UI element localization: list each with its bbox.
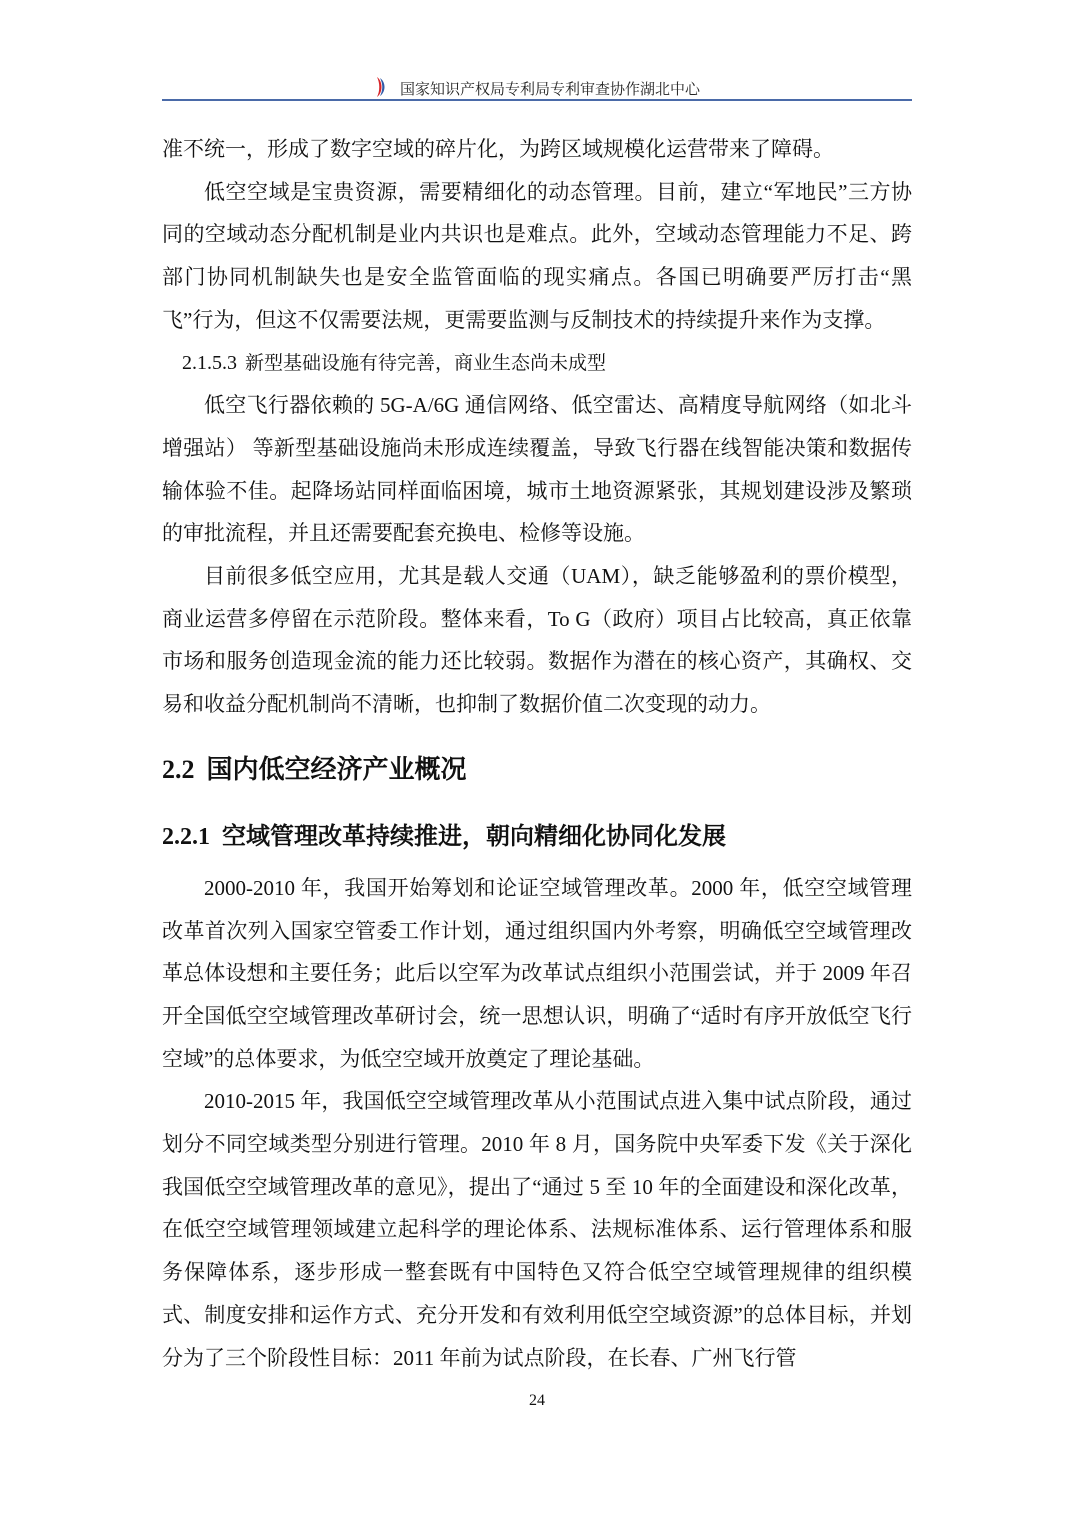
paragraph: 准不统一，形成了数字空域的碎片化，为跨区域规模化运营带来了障碍。 xyxy=(162,128,912,171)
heading-number: 2.1.5.3 xyxy=(182,352,237,374)
paragraph: 2000-2010 年，我国开始筹划和论证空域管理改革。2000 年，低空空域管… xyxy=(162,867,912,1081)
paragraph: 2010-2015 年，我国低空空域管理改革从小范围试点进入集中试点阶段，通过划… xyxy=(162,1080,912,1379)
heading-number: 2.2 xyxy=(162,755,195,784)
page-number: 24 xyxy=(0,1392,1074,1410)
subsection-heading-2-1-5-3: 2.1.5.3新型基础设施有待完善，商业生态尚未成型 xyxy=(162,342,912,385)
page-header: 国家知识产权局专利局专利审查协作湖北中心 xyxy=(162,70,912,100)
heading-number: 2.2.1 xyxy=(162,824,210,850)
heading-title: 国内低空经济产业概况 xyxy=(207,755,467,785)
section-heading-2-2: 2.2国内低空经济产业概况 xyxy=(162,748,912,792)
paragraph: 目前很多低空应用，尤其是载人交通（UAM），缺乏能够盈利的票价模型，商业运营多停… xyxy=(162,555,912,726)
document-body: 准不统一，形成了数字空域的碎片化，为跨区域规模化运营带来了障碍。 低空空域是宝贵… xyxy=(162,128,912,1379)
header-title-row: 国家知识产权局专利局专利审查协作湖北中心 xyxy=(162,76,912,99)
heading-title: 新型基础设施有待完善，商业生态尚未成型 xyxy=(245,352,606,374)
header-org-name: 国家知识产权局专利局专利审查协作湖北中心 xyxy=(400,80,700,98)
paragraph: 低空飞行器依赖的 5G-A/6G 通信网络、低空雷达、高精度导航网络（如北斗增强… xyxy=(162,384,912,555)
paragraph: 低空空域是宝贵资源，需要精细化的动态管理。目前，建立“军地民”三方协同的空域动态… xyxy=(162,171,912,342)
section-heading-2-2-1: 2.2.1空域管理改革持续推进，朝向精细化协同化发展 xyxy=(162,814,912,859)
header-divider xyxy=(162,99,912,101)
swoosh-logo-icon xyxy=(374,76,388,96)
heading-title: 空域管理改革持续推进，朝向精细化协同化发展 xyxy=(222,822,726,850)
